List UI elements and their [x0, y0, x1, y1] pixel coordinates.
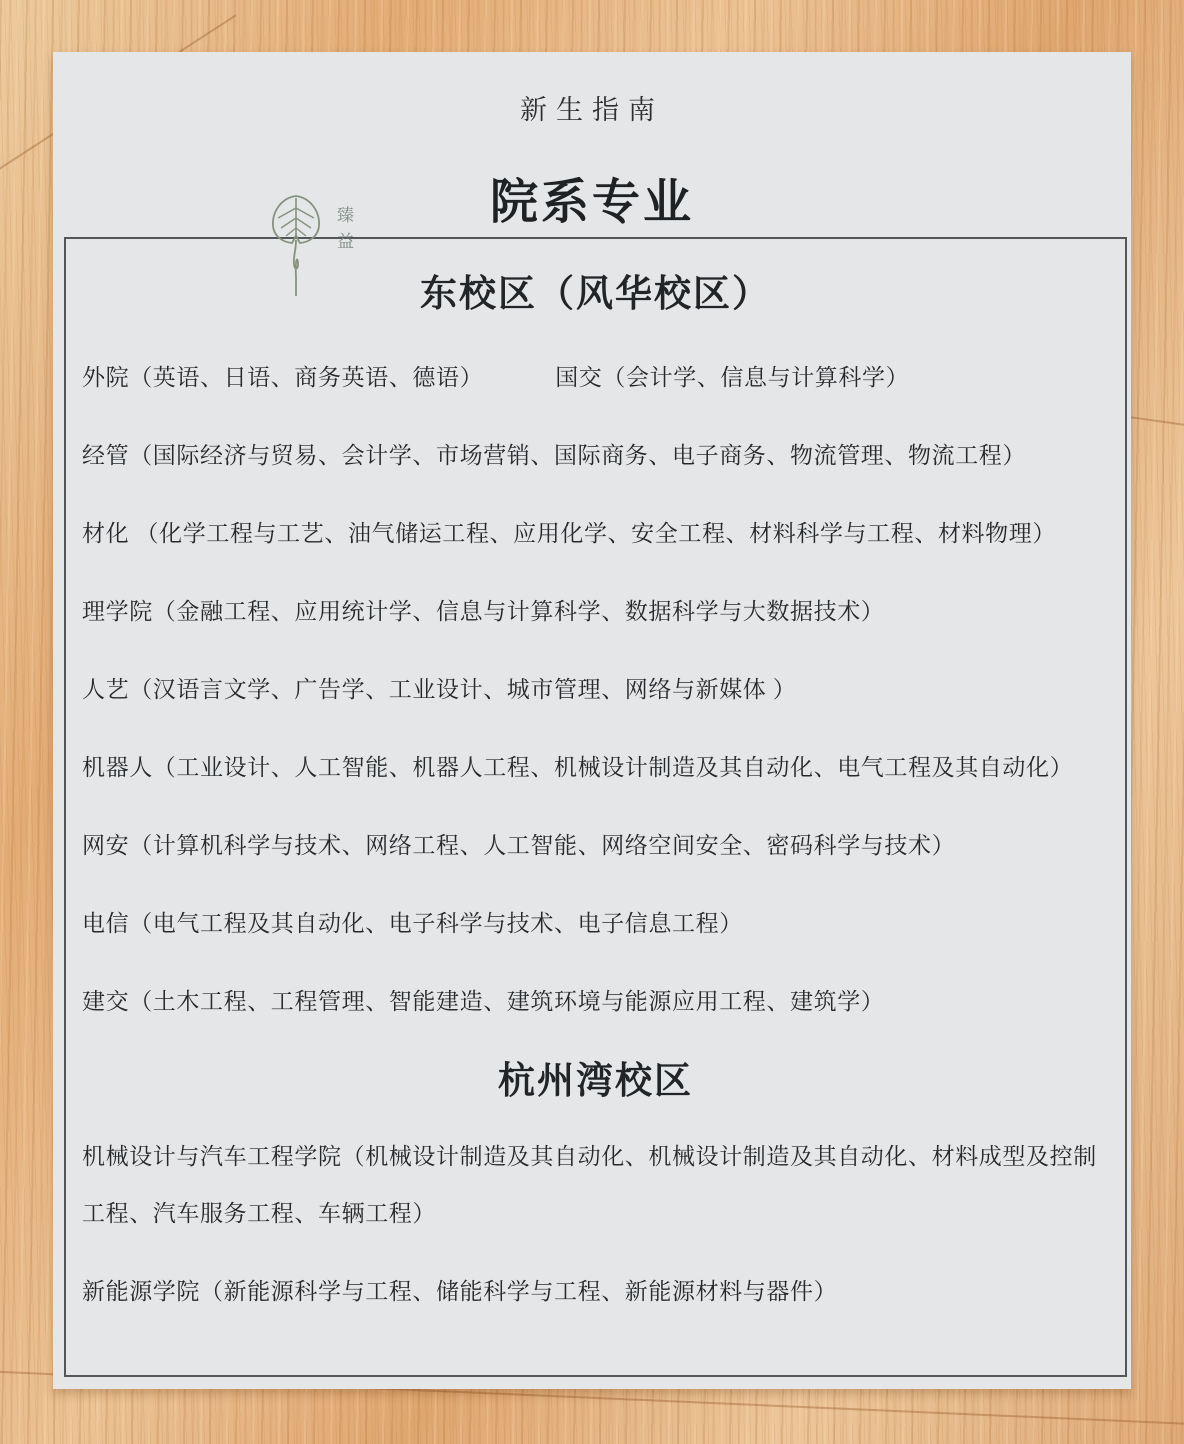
dept-row: 材化 （化学工程与工艺、油气储运工程、应用化学、安全工程、材料科学与工程、材料物… [82, 505, 1109, 562]
wood-seam [1122, 415, 1184, 427]
dept-foreign-languages: 外院（英语、日语、商务英语、德语） [82, 349, 483, 406]
paper-card: 新生指南 院系专业 臻益 东校区（风华校区） 外院（英语、日语、商务英语、德语）… [53, 52, 1131, 1389]
brand-logo: 臻益 [269, 190, 389, 308]
dept-row: 外院（英语、日语、商务英语、德语） 国交（会计学、信息与计算科学） [82, 349, 1109, 406]
campus-heading-bay: 杭州湾校区 [82, 1050, 1109, 1104]
dept-row: 新能源学院（新能源科学与工程、储能科学与工程、新能源材料与器件） [82, 1263, 1109, 1320]
dept-row: 经管（国际经济与贸易、会计学、市场营销、国际商务、电子商务、物流管理、物流工程） [82, 427, 1109, 484]
dept-row: 人艺（汉语言文学、广告学、工业设计、城市管理、网络与新媒体 ） [82, 661, 1109, 718]
campus-heading-east: 东校区（风华校区） [82, 263, 1109, 317]
kicker-text: 新生指南 [53, 88, 1131, 127]
dept-row: 建交（土木工程、工程管理、智能建造、建筑环境与能源应用工程、建筑学） [82, 973, 1109, 1030]
dept-row: 电信（电气工程及其自动化、电子科学与技术、电子信息工程） [82, 895, 1109, 952]
dept-row: 机器人（工业设计、人工智能、机器人工程、机械设计制造及其自动化、电气工程及其自动… [82, 739, 1109, 796]
dept-row: 理学院（金融工程、应用统计学、信息与计算科学、数据科学与大数据技术） [82, 583, 1109, 640]
dept-international: 国交（会计学、信息与计算科学） [555, 349, 909, 406]
brand-name: 臻益 [331, 206, 356, 258]
dept-row: 网安（计算机科学与技术、网络工程、人工智能、网络空间安全、密码科学与技术） [82, 817, 1109, 874]
page: { "header": { "kicker": "新生指南", "title":… [0, 0, 1184, 1444]
dept-row: 机械设计与汽车工程学院（机械设计制造及其自动化、机械设计制造及其自动化、材料成型… [82, 1128, 1109, 1242]
department-box: 东校区（风华校区） 外院（英语、日语、商务英语、德语） 国交（会计学、信息与计算… [64, 237, 1127, 1377]
leaf-icon [269, 190, 323, 302]
page-title: 院系专业 [53, 163, 1131, 232]
